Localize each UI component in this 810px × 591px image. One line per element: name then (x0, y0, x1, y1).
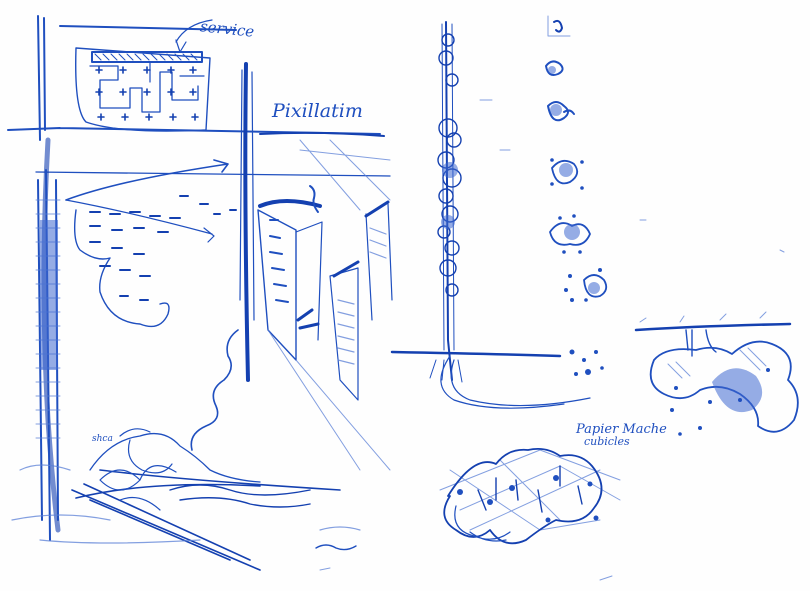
blob-stage-2 (546, 61, 563, 75)
street-buildings (258, 140, 392, 470)
label-pixillation: Pixillatim (272, 100, 363, 122)
sketch-drawing (0, 0, 810, 591)
water-cloud (66, 160, 236, 326)
label-small-note: shca (92, 434, 113, 444)
blob-stage-3 (548, 102, 574, 120)
left-tower (36, 140, 60, 540)
label-papier-mache: Papier Mache cubicles (576, 424, 667, 448)
blob-stage-5 (550, 214, 590, 254)
blob-stage-6 (564, 268, 606, 302)
floor-plan (76, 48, 210, 131)
ground-line-column (392, 352, 590, 408)
pinned-grid-blob (440, 449, 620, 543)
label-papier-mache-line2: cubicles (584, 436, 667, 448)
scattered-marks (320, 100, 784, 580)
sketch-sheet: service Pixillatim Papier Mache cubicles… (0, 0, 810, 591)
frame-lines (8, 16, 390, 176)
hanging-blob (636, 312, 798, 436)
blob-stage-4 (550, 158, 584, 190)
blob-stage-1 (548, 16, 570, 36)
street-pole (240, 64, 254, 380)
knotted-column (438, 22, 461, 380)
rubble-mass (12, 330, 360, 570)
blob-stage-7 (570, 350, 604, 377)
blob-sequence (546, 16, 606, 376)
